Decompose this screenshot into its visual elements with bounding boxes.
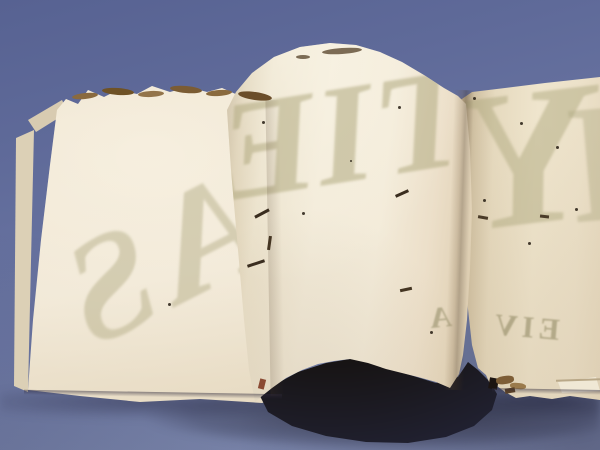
ghost-text-small-word: VIE — [489, 308, 562, 345]
torn-edge-stain — [296, 55, 310, 59]
ink-speck — [398, 106, 401, 109]
photo-scene: AS Y I VIE TIES A — [0, 0, 600, 450]
ink-speck — [483, 199, 486, 202]
ink-speck — [528, 242, 531, 245]
ink-speck — [556, 146, 559, 149]
ink-speck — [350, 160, 352, 162]
ink-speck — [430, 331, 433, 334]
ink-speck — [262, 121, 265, 124]
ink-speck — [575, 208, 578, 211]
ink-speck — [520, 122, 523, 125]
ink-speck — [302, 212, 305, 215]
ink-speck — [473, 97, 476, 100]
ink-speck — [168, 303, 171, 306]
